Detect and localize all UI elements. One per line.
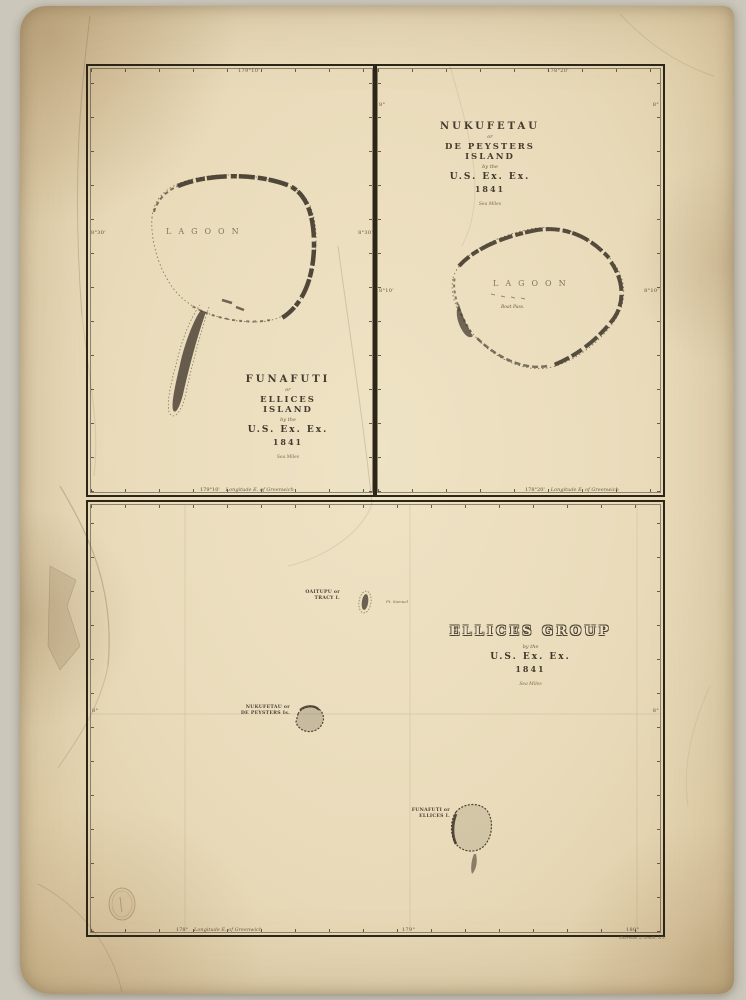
funafuti-lat-right: 8°30'	[358, 230, 373, 236]
tracy-island-label: OAITUPU or TRACY I.	[284, 590, 340, 601]
funafuti-lon-bottom: 179°10'	[200, 487, 220, 493]
nukufetau-n-islet-chain	[459, 229, 609, 266]
scanned-chart-sheet: LAGOON FUNAFUTI or ELLICES ISLAND by the…	[0, 0, 746, 1000]
funafuti-lagoon-label: LAGOON	[166, 227, 246, 236]
funafuti-islet-chain	[178, 176, 314, 318]
ellice-group-drawing	[88, 502, 663, 935]
depeysters-island	[296, 707, 323, 732]
ellices-south-tail	[471, 854, 477, 874]
ellice-usexex: U.S. Ex. Ex.	[448, 652, 613, 662]
funafuti-lon-caption: Longitude E. of Greenwich	[226, 487, 294, 493]
nukufetau-scale-note: Sea Miles	[425, 202, 555, 207]
nukufetau-lon-bottom: 178°20'	[525, 487, 545, 493]
nukufetau-lat-right-top: 8°	[653, 102, 659, 108]
depeysters-island-label: NUKUFETAU or DE PEYSTERS Is.	[226, 705, 290, 716]
nukufetau-bythe: by the	[425, 164, 555, 170]
library-stamp	[109, 888, 135, 920]
funafuti-small-islets	[222, 300, 244, 310]
nukufetau-lon-caption: Longitude E. of Greenwich	[551, 487, 619, 493]
nukufetau-lat-left-bottom: 8°10'	[379, 288, 394, 294]
nukufetau-alt-title: DE PEYSTERS ISLAND	[425, 142, 555, 162]
funafuti-lon-bottom-row: 179°10'Longitude E. of Greenwich	[200, 487, 294, 493]
ellice-title-block: ELLICES GROUP by the U.S. Ex. Ex. 1841 S…	[448, 624, 613, 687]
ellice-title: ELLICES GROUP	[448, 624, 613, 639]
nukufetau-lat-right-bottom: 8°10'	[644, 288, 659, 294]
ellices-island-label: FUNAFUTI or ELLICES I.	[394, 808, 450, 819]
graticule-lines	[91, 505, 660, 932]
funafuti-title: FUNAFUTI	[233, 374, 343, 385]
ellice-year: 1841	[448, 664, 613, 674]
funafuti-nw-reef	[154, 185, 180, 212]
nukufetau-plan-panel: LAGOON Boat Pass. NUKUFETAU or DE PEYSTE…	[373, 64, 665, 497]
nukufetau-year: 1841	[425, 184, 555, 194]
funafuti-plan-panel: LAGOON FUNAFUTI or ELLICES ISLAND by the…	[86, 64, 377, 497]
tracy-island	[361, 594, 370, 611]
ellice-lon-178: 178°	[176, 927, 188, 933]
tracy-island-note: Pt. Samuel	[386, 599, 408, 604]
ellice-lon-180: 180°	[626, 927, 639, 933]
nukufetau-lon-top: 178°20'	[547, 68, 569, 74]
nukufetau-title-or: or	[425, 134, 555, 140]
tracy-name-line2: TRACY I.	[284, 596, 340, 602]
engraver-imprint: Sherman & Smith, N.Y.	[580, 935, 666, 940]
funafuti-usexex: U.S. Ex. Ex.	[233, 425, 343, 435]
funafuti-lat-left: 8°30'	[91, 230, 106, 236]
nukufetau-soundings	[491, 294, 525, 299]
funafuti-scale-note: Sea Miles	[233, 455, 343, 460]
ellice-bythe: by the	[448, 644, 613, 650]
funafuti-lon-top: 179°10'	[238, 68, 260, 74]
ellice-scale-note: Sea Miles	[448, 682, 613, 687]
nukufetau-sw-islet	[457, 304, 473, 337]
ellices-island-reef	[452, 805, 492, 852]
nukufetau-usexex: U.S. Ex. Ex.	[425, 172, 555, 182]
funafuti-title-block: FUNAFUTI or ELLICES ISLAND by the U.S. E…	[233, 374, 343, 460]
nukufetau-title-block: NUKUFETAU or DE PEYSTERS ISLAND by the U…	[425, 121, 555, 207]
ellice-group-panel: ELLICES GROUP by the U.S. Ex. Ex. 1841 S…	[86, 500, 665, 937]
funafuti-bythe: by the	[233, 417, 343, 423]
ellice-lat-right: 8°	[653, 708, 659, 714]
nukufetau-s-reef	[477, 338, 547, 367]
nukufetau-pass-note: Boat Pass.	[500, 304, 525, 310]
funafuti-year: 1841	[233, 437, 343, 447]
ellice-lon-caption: Longitude E. of Greenwich	[194, 927, 262, 933]
depeysters-name-line2: DE PEYSTERS Is.	[226, 711, 290, 717]
ellice-lon-178-row: 178°Longitude E. of Greenwich	[176, 927, 262, 933]
nukufetau-lat-left-top: 8°	[379, 102, 385, 108]
nukufetau-e-islet-chain	[551, 262, 622, 366]
funafuti-alt-title: ELLICES ISLAND	[233, 395, 343, 415]
nukufetau-lagoon-label: LAGOON	[493, 279, 573, 288]
aged-paper: LAGOON FUNAFUTI or ELLICES ISLAND by the…	[20, 6, 734, 994]
ellice-lon-179: 179°	[402, 927, 415, 933]
ellice-lat-left: 8°	[92, 708, 98, 714]
funafuti-reef-outline	[152, 175, 316, 322]
nukufetau-title: NUKUFETAU	[425, 121, 555, 132]
nukufetau-lon-bottom-row: 178°20'Longitude E. of Greenwich	[525, 487, 619, 493]
funafuti-sw-islet	[173, 310, 206, 412]
funafuti-title-or: or	[233, 387, 343, 393]
ellices-name-line2: ELLICES I.	[394, 814, 450, 820]
